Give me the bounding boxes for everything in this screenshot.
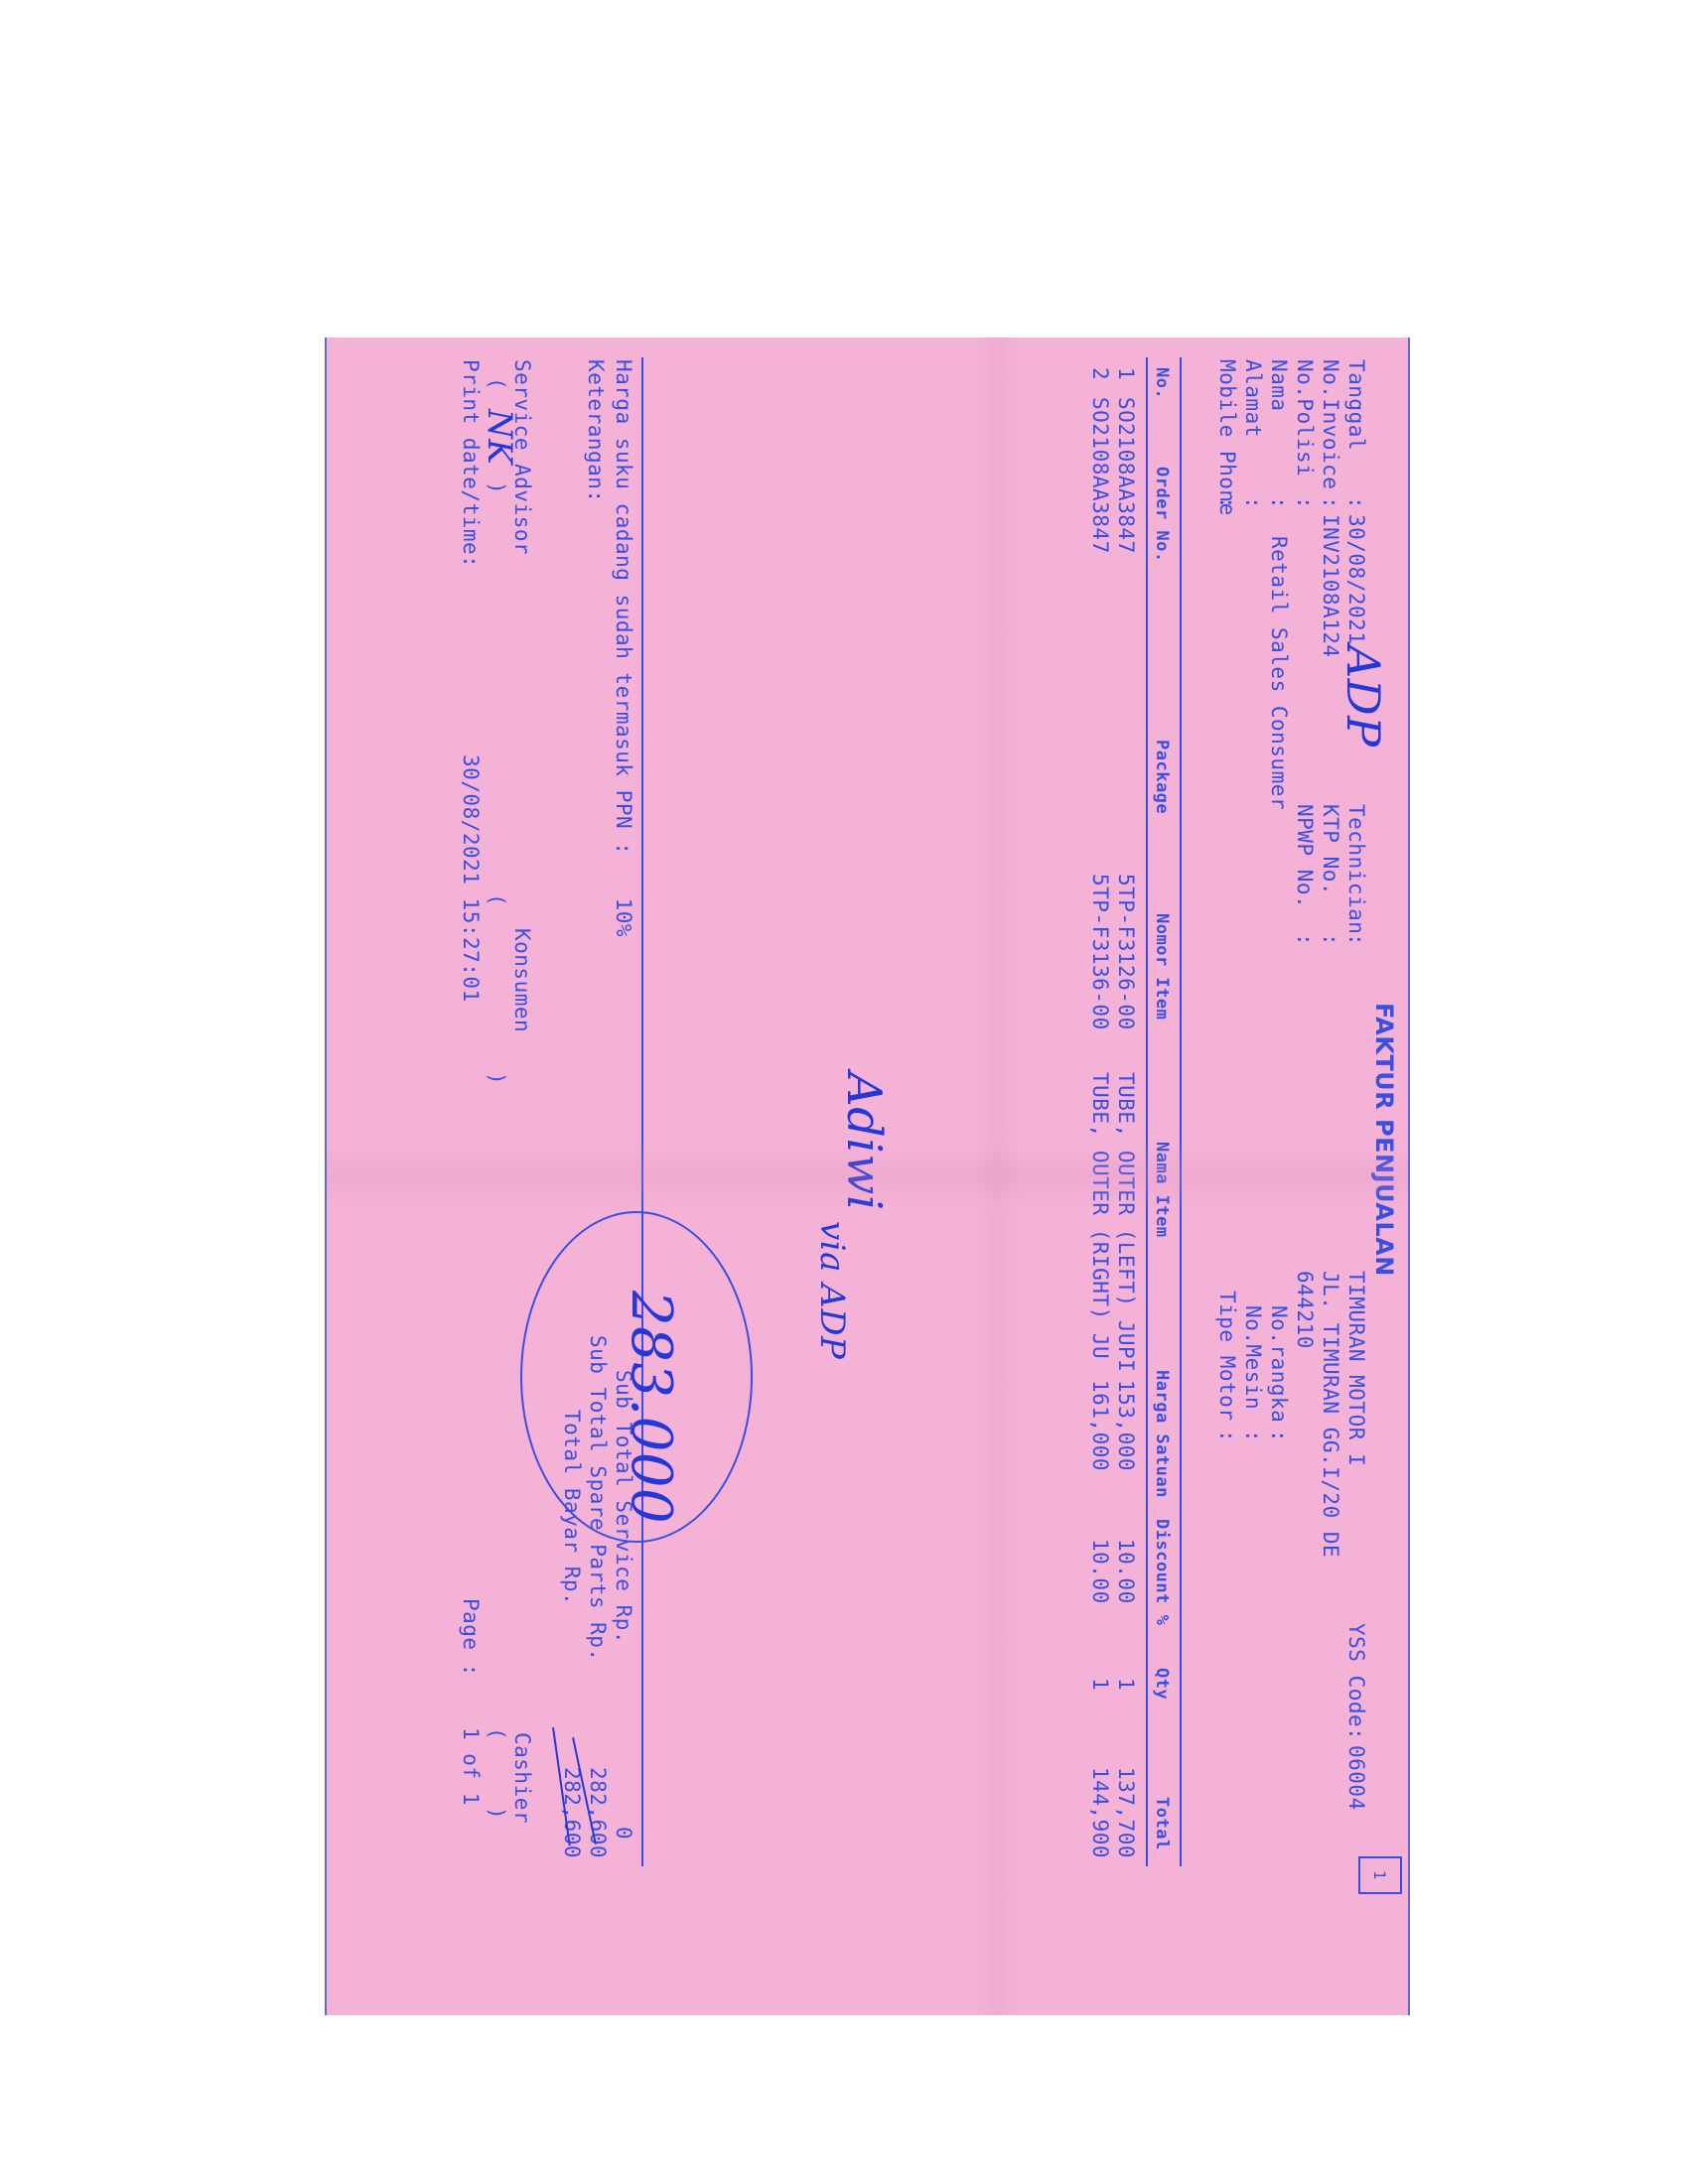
tanggal-value: 30/08/2021 bbox=[1344, 514, 1368, 644]
tanggal-label: Tanggal bbox=[1344, 359, 1368, 451]
tipe-motor-label: Tipe Motor bbox=[1215, 1291, 1239, 1421]
page-value: 1 of 1 bbox=[459, 1727, 483, 1806]
ktp-label: KTP No. bbox=[1319, 804, 1342, 895]
separator: : bbox=[1267, 1430, 1291, 1442]
row-item-name: TUBE, OUTER (LEFT) JUPI bbox=[1114, 1072, 1138, 1372]
separator: : bbox=[1215, 496, 1239, 509]
separator: : bbox=[1319, 933, 1342, 946]
separator: : bbox=[1344, 1727, 1368, 1740]
separator: : bbox=[1319, 496, 1342, 509]
technician-label: Technician bbox=[1344, 804, 1368, 934]
col-order-no: Order No. bbox=[1152, 467, 1172, 563]
phone-label: Mobile Phone bbox=[1215, 359, 1239, 516]
page-number-box: 1 bbox=[1358, 1856, 1402, 1894]
handwritten-via-note: via ADP bbox=[812, 1221, 852, 1359]
row-discount: 10.00 bbox=[1088, 1539, 1112, 1604]
nama-value: Retail Sales Consumer bbox=[1267, 536, 1291, 810]
invoice-value: INV2108A124 bbox=[1319, 514, 1342, 658]
dealer-name: TIMURAN MOTOR I bbox=[1344, 1271, 1368, 1466]
row-item-no: 5TP-F3136-00 bbox=[1088, 874, 1112, 1030]
ppn-note: Harga suku cadang sudah termasuk PPN : 1… bbox=[612, 359, 635, 937]
handwritten-circled-amount: 283.000 bbox=[619, 1291, 683, 1524]
col-item-no: Nomor Item bbox=[1152, 913, 1172, 1020]
table-header-rule bbox=[1146, 357, 1148, 1866]
ppn-note-text: Harga suku cadang sudah termasuk PPN : bbox=[612, 359, 635, 855]
separator: : bbox=[1293, 496, 1317, 509]
col-no: No. bbox=[1152, 367, 1172, 399]
cashier-paren-open: ( bbox=[485, 1727, 508, 1740]
keterangan-label: Keterangan: bbox=[584, 359, 608, 503]
advisor-paren-close: ) bbox=[485, 481, 508, 494]
page-number: 1 bbox=[1371, 1870, 1390, 1880]
row-no: 1 bbox=[1114, 367, 1138, 380]
col-total: Total bbox=[1152, 1797, 1172, 1850]
row-unit-price: 161,000 bbox=[1088, 1380, 1112, 1471]
row-discount: 10.00 bbox=[1114, 1539, 1138, 1604]
polisi-label: No.Polisi bbox=[1293, 359, 1317, 477]
col-item-name: Nama Item bbox=[1152, 1142, 1172, 1238]
ppn-value: 10% bbox=[612, 898, 635, 937]
row-item-name: TUBE, OUTER (RIGHT) JU bbox=[1088, 1072, 1112, 1359]
npwp-label: NPWP No. bbox=[1293, 804, 1317, 908]
row-total: 137,700 bbox=[1114, 1767, 1138, 1858]
row-item-no: 5TP-F3126-00 bbox=[1114, 874, 1138, 1030]
row-qty: 1 bbox=[1114, 1678, 1138, 1691]
konsumen-label: Konsumen bbox=[510, 928, 534, 1032]
konsumen-paren-close: ) bbox=[485, 1072, 508, 1085]
col-discount: Discount % bbox=[1152, 1519, 1172, 1625]
advisor-paren-open: ( bbox=[485, 377, 508, 390]
invoice-label: No.Invoice bbox=[1319, 359, 1342, 489]
handwritten-initials-top: ADP bbox=[1336, 645, 1390, 748]
rangka-label: No.rangka bbox=[1267, 1305, 1291, 1423]
sales-invoice-paper: FAKTUR PENJUALAN 1 Tanggal : 30/08/2021 … bbox=[325, 338, 1410, 2015]
col-unit-price: Harga Satuan bbox=[1152, 1370, 1172, 1498]
separator: : bbox=[1215, 1430, 1239, 1442]
separator: : bbox=[1241, 496, 1265, 509]
row-order-no: SO2108AA3847 bbox=[1088, 397, 1112, 554]
cashier-paren-close: ) bbox=[485, 1807, 508, 1820]
separator: : bbox=[1267, 496, 1291, 509]
nama-label: Nama bbox=[1267, 359, 1291, 412]
dealer-phone: 644210 bbox=[1293, 1271, 1317, 1349]
handwritten-signature: Adiwi bbox=[836, 1072, 892, 1211]
col-package: Package bbox=[1152, 740, 1172, 814]
separator: : bbox=[1344, 933, 1368, 946]
handwritten-advisor-initials: NK bbox=[480, 409, 519, 465]
yss-code-value: 06004 bbox=[1344, 1745, 1368, 1811]
row-qty: 1 bbox=[1088, 1678, 1112, 1691]
document-title: FAKTUR PENJUALAN bbox=[1370, 1003, 1398, 1277]
separator: : bbox=[1241, 1430, 1265, 1442]
print-datetime-value: 30/08/2021 15:27:01 bbox=[459, 754, 483, 1003]
mesin-label: No.Mesin bbox=[1241, 1305, 1265, 1410]
row-unit-price: 153,000 bbox=[1114, 1380, 1138, 1471]
konsumen-paren-open: ( bbox=[485, 893, 508, 906]
row-total: 144,900 bbox=[1088, 1767, 1112, 1858]
separator: : bbox=[1344, 496, 1368, 509]
row-no: 2 bbox=[1088, 367, 1112, 380]
col-qty: Qty bbox=[1152, 1668, 1172, 1700]
row-order-no: SO2108AA3847 bbox=[1114, 397, 1138, 554]
yss-code-label: YSS Code bbox=[1344, 1623, 1368, 1727]
separator: : bbox=[1293, 933, 1317, 946]
dealer-address: JL. TIMURAN GG.I/20 DE bbox=[1319, 1271, 1342, 1558]
subtotal-service-value: 0 bbox=[612, 1827, 635, 1840]
page-label: Page : bbox=[459, 1598, 483, 1677]
footer-rule bbox=[641, 357, 643, 1866]
table-top-rule bbox=[1180, 357, 1182, 1866]
alamat-label: Alamat bbox=[1241, 359, 1265, 438]
cashier-label: Cashier bbox=[510, 1732, 534, 1824]
